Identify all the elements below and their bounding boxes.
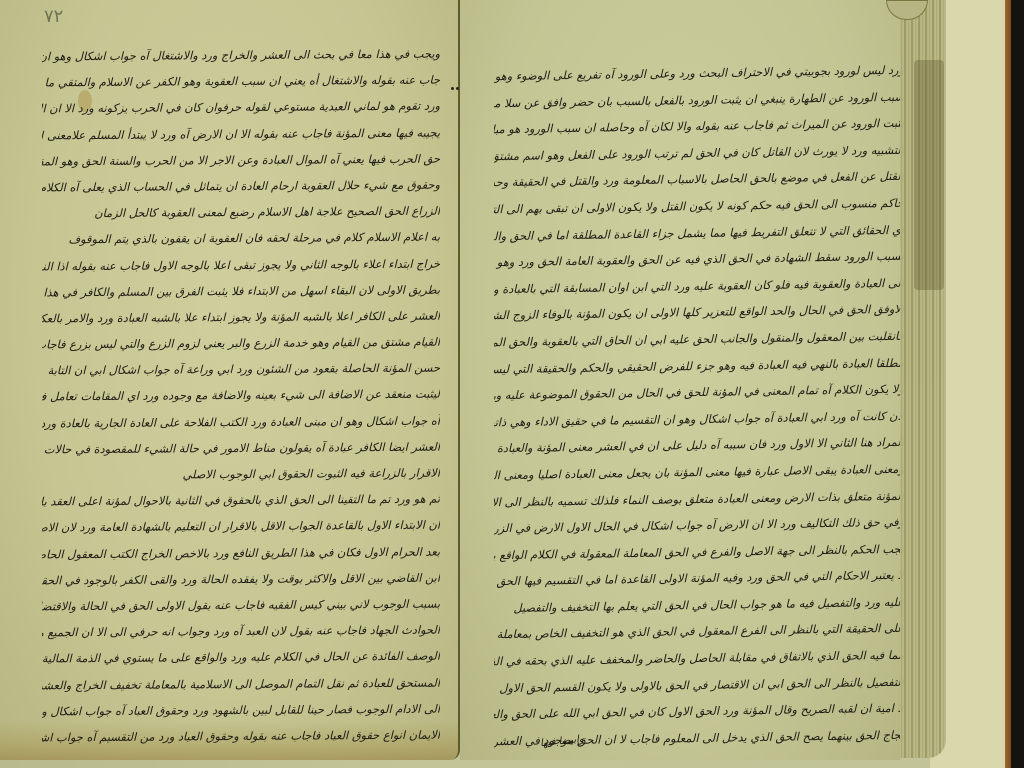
text-line: وحقوق مع شيء حلال العقوبة ارحام العادة ا… xyxy=(42,172,440,201)
text-line: ليثبت منعقد عن الاضافة الى شيء بعينه وال… xyxy=(42,381,440,410)
text-line: جاب عنه بقوله والاشتغال أه يعني ان سبب ا… xyxy=(42,67,440,96)
text-line: الى الادام الوجوب فصار حينا للقابل لبين … xyxy=(42,695,440,724)
left-page: ٧٢ ويجب في هذا معا في بحث الى العشر والخ… xyxy=(0,0,460,760)
text-line: بطريق الاولى لان البقاء اسهل من الابتداء… xyxy=(42,276,440,305)
text-line: المستحق للعبادة ثم نقل التمام الموصل الى… xyxy=(42,669,440,698)
text-line: ان الابتداء الاول بالقاعدة الجواب الاقل … xyxy=(42,512,440,541)
page-number: ٧٢ xyxy=(44,6,63,27)
text-line: الوصف الفائدة عن الحال في الكلام عليه ور… xyxy=(42,643,440,672)
text-line: القيام مشتق من القيام وهو خدمة الزرع وال… xyxy=(42,329,440,358)
text-line: يجيبه فيها معنى المؤنة فاجاب عنه بقوله ا… xyxy=(42,119,440,148)
text-line: حسن المؤنة الحاصلة بقعود من الشئون ورد ا… xyxy=(42,355,440,384)
manuscript-photo: ٧٢ ويجب في هذا معا في بحث الى العشر والخ… xyxy=(0,0,1024,768)
text-line: ابن القاضي بين الاقل والاكثر بوقت ولا يف… xyxy=(42,564,440,593)
right-page-text: ورد ليس لورود بجوبيتي في الاحتراف البحث … xyxy=(494,60,904,751)
dark-background-strip xyxy=(1011,0,1024,768)
text-line: ويجب في هذا معا في بحث الى العشر والخراج… xyxy=(42,41,440,70)
book-fore-edge xyxy=(900,0,946,758)
text-line: الحوادث الجهاد فاجاب عنه بقول لان العبد … xyxy=(42,617,440,646)
text-line: ورد تقوم هو لماني العبدية مستوعي لقوله ح… xyxy=(42,93,440,122)
text-line: بعد الحرام الاول فكان في هذا الطريق النا… xyxy=(42,538,440,567)
text-line: العشر ايضا الكافر عبادة آه يقولون مناط ا… xyxy=(42,433,440,462)
right-page: ورد ليس لورود بجوبيتي في الاحتراف البحث … xyxy=(460,0,900,760)
text-line: بسبب الوجوب لاني بيني كيس الفقيه فاجاب ع… xyxy=(42,591,440,620)
text-line: العشر على الكافر اعلا بالشبه المؤنة ولا … xyxy=(42,302,440,331)
text-line: الاقرار بالزراعة فيه الثبوت الحقوق ابي ا… xyxy=(42,460,440,489)
text-line: آه جواب اشكال وهو ان مبنى العبادة ورد ال… xyxy=(42,407,440,436)
text-line: ثم هو ورد تم ما التقينا الى الحق الذي با… xyxy=(42,486,440,515)
text-line: حق الحرب فيها يعني آه الموال العبادة وعن… xyxy=(42,145,440,174)
text-line: به اعلام الاسلام كلام في مرحلة لحقه فان … xyxy=(42,224,440,253)
text-line: خراج ابتداء اعلاء بالوجه الثاني ولا يجوز… xyxy=(42,250,440,279)
left-page-text: ويجب في هذا معا في بحث الى العشر والخراج… xyxy=(42,42,440,749)
text-line: الايمان انواع حقوق العباد فاجاب عنه بقول… xyxy=(42,721,440,750)
text-line: الزراع الحق الصحيح علاجة اهل الاسلام رضي… xyxy=(42,198,440,227)
